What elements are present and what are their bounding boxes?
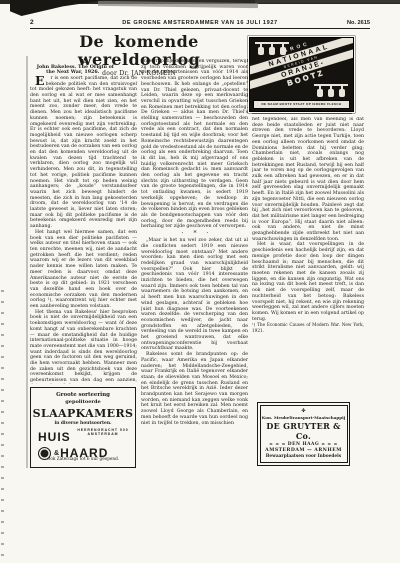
scan-smear xyxy=(98,1,258,8)
furniture-ad-line: in diverse houtsoorten. xyxy=(31,421,135,426)
liquor-advertisement: GROC NATIONAAL BEREID VAN ORANJE- BOOTZ … xyxy=(249,37,354,112)
huis-en-haard-seal-icon xyxy=(38,447,51,460)
scan-edge-top-right xyxy=(255,0,400,3)
body-paragraph: Er is een soort pacifisme, dat zich de b… xyxy=(30,76,137,230)
ornament-icon: ✤ xyxy=(262,408,346,414)
furniture-ad-line: Groote sorteering xyxy=(31,392,135,398)
header-rule xyxy=(30,28,370,29)
page-header: 2 DE GROENE AMSTERDAMMER VAN 16 JULI 192… xyxy=(30,19,370,28)
issue-number: No. 2615 xyxy=(347,20,370,26)
movers-advertisement: ✤ Kon. Meubeltransport-Maatschappij DE G… xyxy=(257,402,350,466)
page-fold-shadow xyxy=(26,56,28,468)
huis-en-haard-logo: HUIS HEERENGRACHT 500 AMSTERDAM &HAARD xyxy=(31,428,135,454)
article-column-3: het tegendeel, als men van meening is da… xyxy=(252,117,364,399)
furniture-ad-line: gepolitoerde xyxy=(31,399,135,405)
furniture-advertisement: Groote sorteering gepolitoerde SLAAPKAME… xyxy=(30,387,136,468)
newspaper-page: 2 DE GROENE AMSTERDAMMER VAN 16 JULI 192… xyxy=(0,0,400,563)
address-block: HEERENGRACHT 500 AMSTERDAM xyxy=(77,428,129,437)
brand-haard-row: &HAARD xyxy=(38,447,135,460)
brand-haard: &HAARD xyxy=(54,448,108,459)
address-line: AMSTERDAM xyxy=(87,432,118,436)
body-paragraph: Het thema van Bakeless' hier besproken b… xyxy=(30,310,137,384)
article-column-1: I. John Bakeless. The Origin of the Next… xyxy=(30,59,137,384)
article-column-2: onbegrijpelijk doet zien en verguizen, t… xyxy=(141,59,248,471)
body-paragraph: Bakeless somt de brandpunten op: de Paci… xyxy=(141,352,248,426)
movers-ad-name: DE GRUYTER & Co. xyxy=(262,421,346,441)
liquor-ad-art: GROC NATIONAAL BEREID VAN ORANJE- BOOTZ … xyxy=(250,38,353,111)
movers-ad-line: = = = DEN HAAG = = = xyxy=(262,442,346,447)
body-paragraph: „Maar is het nu wel zoo zeker, dat uit a… xyxy=(141,238,248,352)
movers-ad-line: AMSTERDAM — ARNHEM xyxy=(262,448,346,453)
liquor-ad-caption: DE NAAM BOOTZ STAAT OP IEDERE FLESCH xyxy=(253,100,350,109)
body-paragraph: Het is waar, dat voorspellingen in de ge… xyxy=(252,242,364,322)
address-line: HEERENGRACHT 500 xyxy=(77,428,128,432)
body-paragraph: onbegrijpelijk doet zien en verguizen, t… xyxy=(141,59,248,230)
body-paragraph: het tegendeel, als men van meening is da… xyxy=(252,117,364,242)
body-paragraph: Het hangt wel hiermee samen, dat een boe… xyxy=(30,230,137,310)
ad-divider-rule xyxy=(252,113,352,114)
footnote: ¹) The Economic Causes of Modern War. Ne… xyxy=(252,322,364,333)
masthead: DE GROENE AMSTERDAMMER VAN 16 JULI 1927 xyxy=(30,20,370,26)
brand-huis: HUIS xyxy=(38,432,71,443)
movers-ad-line: Kon. Meubeltransport-Maatschappij xyxy=(262,415,346,420)
hanging-bottles-icon xyxy=(314,84,348,99)
scan-speckles xyxy=(1,290,4,556)
movers-ad-frame: ✤ Kon. Meubeltransport-Maatschappij DE G… xyxy=(260,405,348,464)
furniture-ad-headline: SLAAPKAMERS xyxy=(31,407,135,420)
section-separator: · * · xyxy=(141,230,248,238)
movers-ad-line: Bewaarplaatsen voor Inboedels xyxy=(262,454,346,459)
